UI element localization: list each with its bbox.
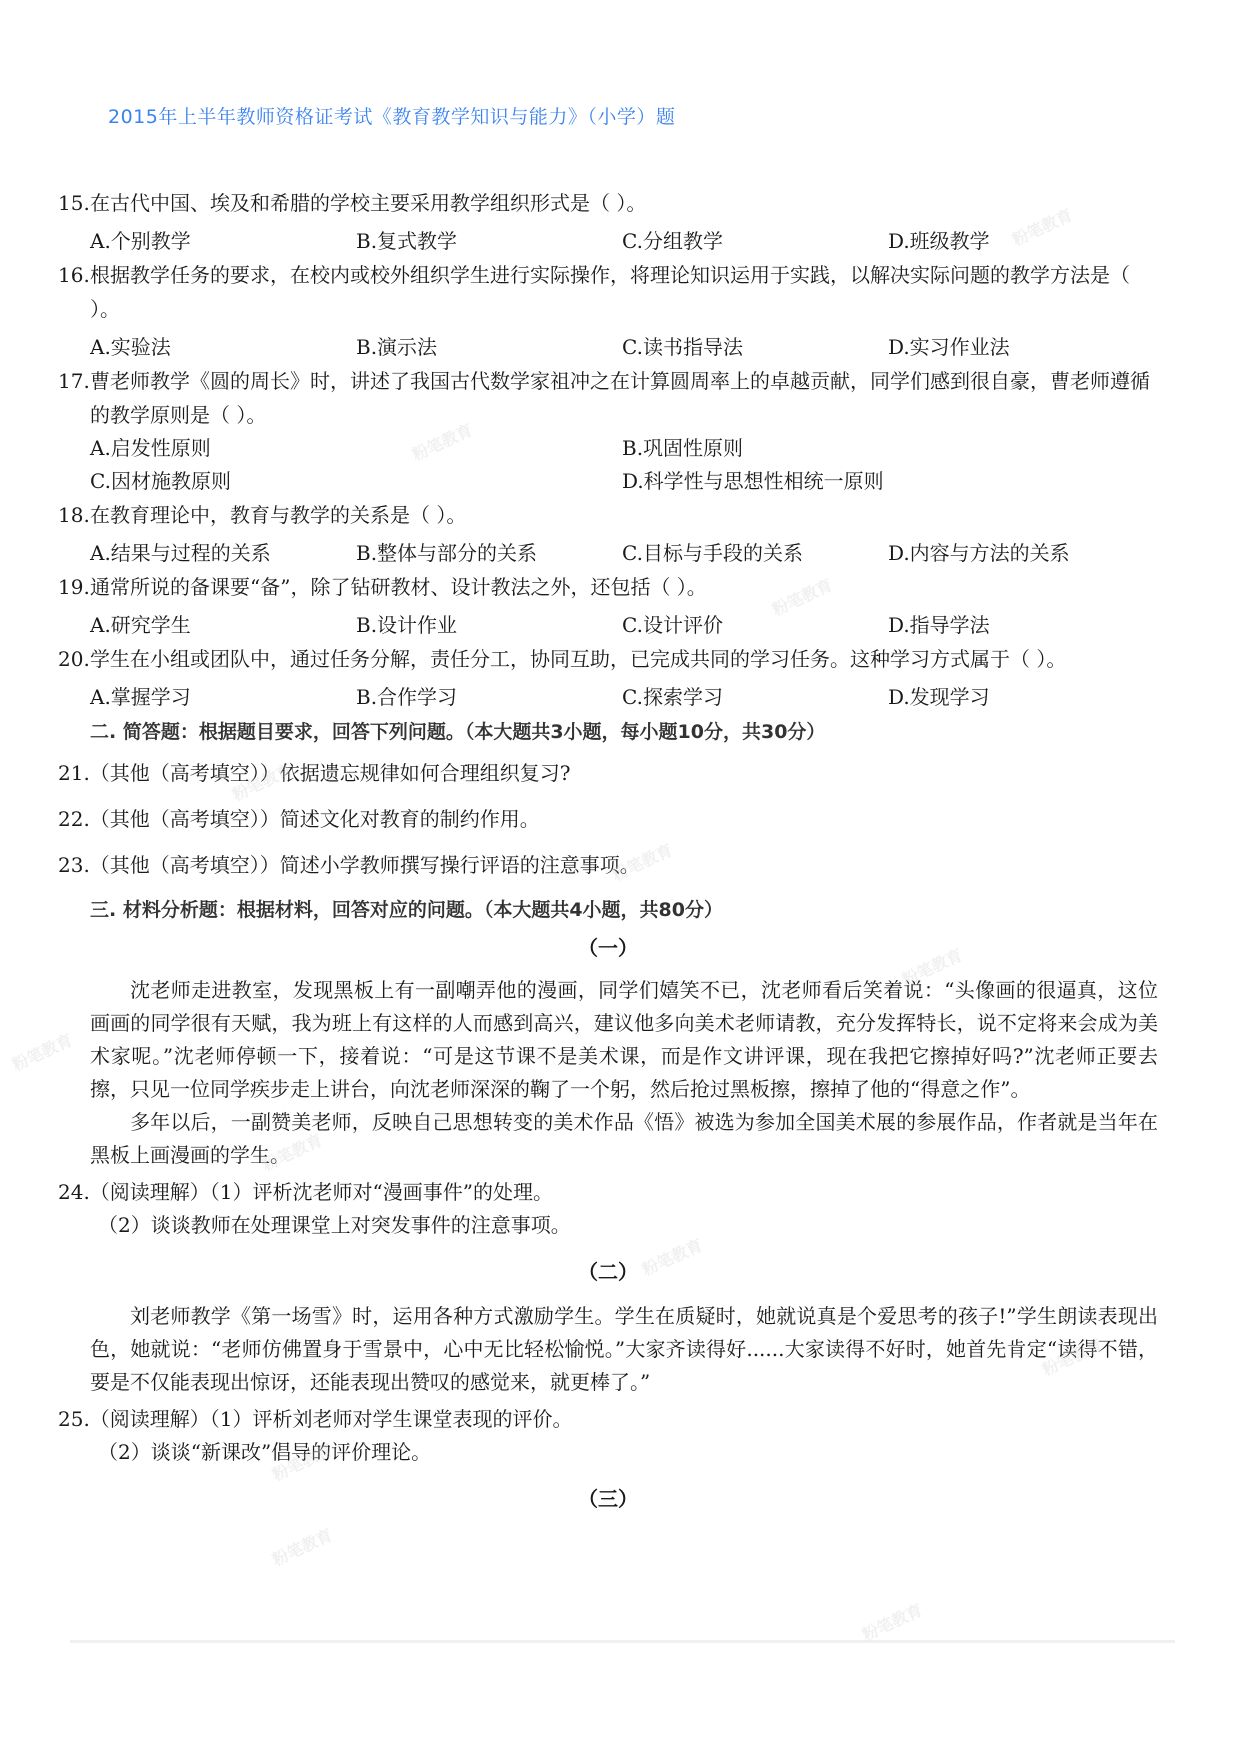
question-18: 18. 在教育理论中，教育与教学的关系是（ ）。 [58,498,1158,532]
question-18-options: A.结果与过程的关系 B.整体与部分的关系 C.目标与手段的关系 D.内容与方法… [58,532,1158,570]
question-text: 学生在小组或团队中，通过任务分解，责任分工，协同互助，已完成共同的学习任务。这种… [90,642,1158,676]
option-c: C.因材施教原则 [90,465,622,498]
material-1-paragraph: 多年以后，一副赞美老师，反映自己思想转变的美术作品《悟》被选为参加全国美术展的参… [58,1106,1158,1172]
question-text: 曹老师教学《圆的周长》时，讲述了我国古代数学家祖冲之在计算圆周率上的卓越贡献，同… [90,364,1158,432]
question-19: 19. 通常所说的备课要“备”，除了钻研教材、设计教法之外，还包括（ ）。 [58,570,1158,604]
option-a: A.实验法 [90,331,356,360]
question-24-sub: （2）谈谈教师在处理课堂上对突发事件的注意事项。 [58,1209,1158,1242]
material-1-title: （一） [58,928,1158,968]
option-c: C.目标与手段的关系 [622,537,888,566]
question-number: 18. [58,498,90,532]
question-16-options: A.实验法 B.演示法 C.读书指导法 D.实习作业法 [58,326,1158,364]
option-c: C.分组教学 [622,225,888,254]
question-number: 16. [58,258,90,326]
question-25-sub: （2）谈谈“新课改”倡导的评价理论。 [58,1436,1158,1469]
option-d: D.实习作业法 [888,331,1154,360]
option-d: D.班级教学 [888,225,1154,254]
exam-content: 15. 在古代中国、埃及和希腊的学校主要采用教学组织形式是（ ）。 A.个别教学… [58,186,1158,1519]
material-3-title: （三） [58,1479,1158,1519]
question-23: 23.（其他（高考填空））简述小学教师撰写操行评语的注意事项。 [58,842,1158,888]
question-number: 19. [58,570,90,604]
option-b: B.整体与部分的关系 [356,537,622,566]
option-a: A.个别教学 [90,225,356,254]
question-19-options: A.研究学生 B.设计作业 C.设计评价 D.指导学法 [58,604,1158,642]
question-22: 22.（其他（高考填空））简述文化对教育的制约作用。 [58,796,1158,842]
page-separator [70,1640,1175,1643]
watermark: 粉笔教育 [858,1598,926,1646]
option-b: B.巩固性原则 [622,432,1154,465]
section-2-heading: 二. 简答题：根据题目要求，回答下列问题。（本大题共3小题，每小题10分，共30… [58,714,1158,750]
option-b: B.合作学习 [356,681,622,710]
question-17-options: A.启发性原则 B.巩固性原则 C.因材施教原则 D.科学性与思想性相统一原则 [58,432,1158,498]
question-15-options: A.个别教学 B.复式教学 C.分组教学 D.班级教学 [58,220,1158,258]
question-text: 根据教学任务的要求，在校内或校外组织学生进行实际操作，将理论知识运用于实践，以解… [90,258,1158,326]
option-c: C.设计评价 [622,609,888,638]
option-c: C.读书指导法 [622,331,888,360]
question-text: 通常所说的备课要“备”，除了钻研教材、设计教法之外，还包括（ ）。 [90,570,1158,604]
question-16: 16. 根据教学任务的要求，在校内或校外组织学生进行实际操作，将理论知识运用于实… [58,258,1158,326]
question-number: 15. [58,186,90,220]
option-b: B.复式教学 [356,225,622,254]
question-text: 在古代中国、埃及和希腊的学校主要采用教学组织形式是（ ）。 [90,186,1158,220]
material-1-paragraph: 沈老师走进教室，发现黑板上有一副嘲弄他的漫画，同学们嬉笑不已，沈老师看后笑着说：… [58,974,1158,1106]
document-title: 2015年上半年教师资格证考试《教育教学知识与能力》（小学）题 [108,102,675,129]
option-d: D.内容与方法的关系 [888,537,1154,566]
option-a: A.研究学生 [90,609,356,638]
question-15: 15. 在古代中国、埃及和希腊的学校主要采用教学组织形式是（ ）。 [58,186,1158,220]
question-20: 20. 学生在小组或团队中，通过任务分解，责任分工，协同互助，已完成共同的学习任… [58,642,1158,676]
material-2-title: （二） [58,1252,1158,1292]
question-21: 21.（其他（高考填空））依据遗忘规律如何合理组织复习? [58,750,1158,796]
question-text: 在教育理论中，教育与教学的关系是（ ）。 [90,498,1158,532]
question-number: 17. [58,364,90,432]
option-a: A.结果与过程的关系 [90,537,356,566]
option-d: D.指导学法 [888,609,1154,638]
question-20-options: A.掌握学习 B.合作学习 C.探索学习 D.发现学习 [58,676,1158,714]
question-24: 24.（阅读理解）（1）评析沈老师对“漫画事件”的处理。 [58,1176,1158,1209]
question-17: 17. 曹老师教学《圆的周长》时，讲述了我国古代数学家祖冲之在计算圆周率上的卓越… [58,364,1158,432]
watermark: 粉笔教育 [268,1523,336,1571]
question-25: 25.（阅读理解）（1）评析刘老师对学生课堂表现的评价。 [58,1403,1158,1436]
option-d: D.科学性与思想性相统一原则 [622,465,1154,498]
option-c: C.探索学习 [622,681,888,710]
option-a: A.启发性原则 [90,432,622,465]
option-d: D.发现学习 [888,681,1154,710]
section-3-heading: 三. 材料分析题：根据材料，回答对应的问题。（本大题共4小题，共80分） [58,892,1158,928]
question-number: 20. [58,642,90,676]
option-b: B.演示法 [356,331,622,360]
material-2-paragraph: 刘老师教学《第一场雪》时，运用各种方式激励学生。学生在质疑时，她就说真是个爱思考… [58,1300,1158,1399]
option-b: B.设计作业 [356,609,622,638]
option-a: A.掌握学习 [90,681,356,710]
